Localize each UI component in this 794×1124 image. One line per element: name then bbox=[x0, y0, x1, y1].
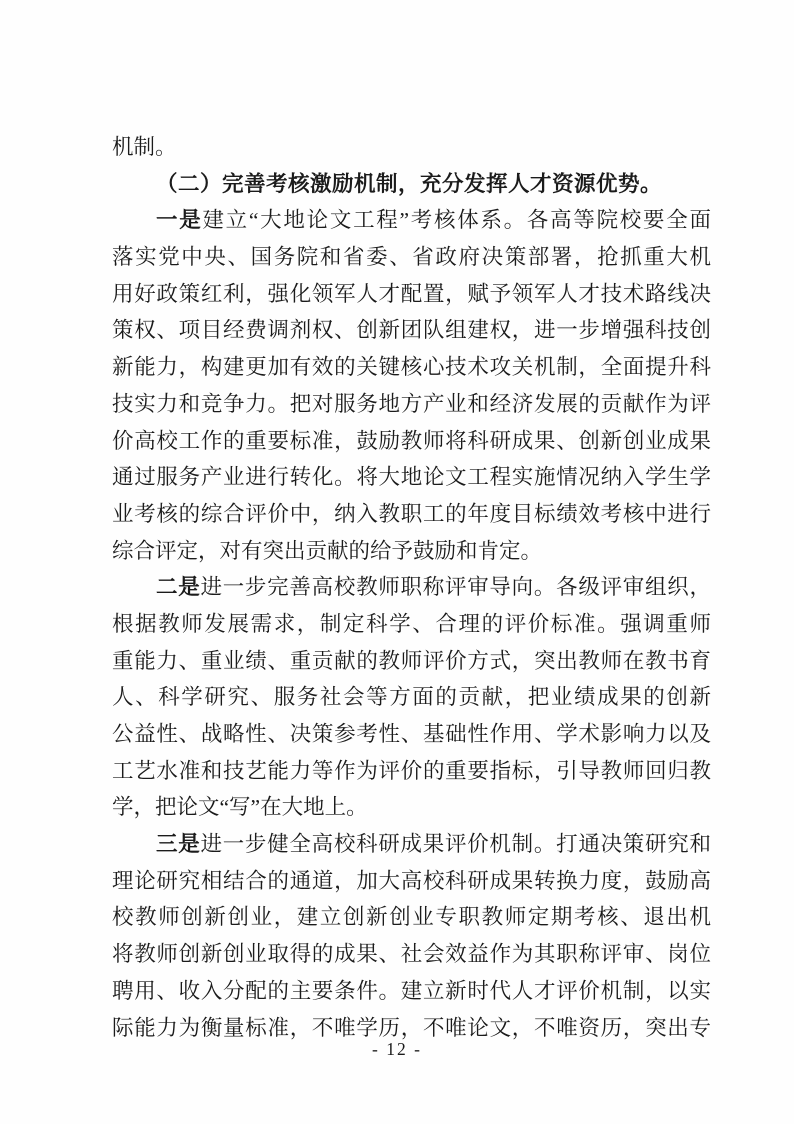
text-line: 通过服务产业进行转化。将大地论文工程实施情况纳入学生学 bbox=[112, 459, 711, 496]
line-text: 人、科学研究、服务社会等方面的贡献，把业绩成果的创新性、 bbox=[112, 685, 711, 716]
text-line: 理论研究相结合的通道，加大高校科研成果转换力度，鼓励高 bbox=[112, 863, 711, 900]
line-text: 校教师创新创业，建立创新创业专职教师定期考核、退出机制， bbox=[112, 905, 711, 936]
text-line: （二）完善考核激励机制，充分发挥人才资源优势。 bbox=[112, 166, 711, 203]
line-text: 用好政策红利，强化领军人才配置，赋予领军人才技术路线决 bbox=[112, 282, 711, 306]
line-text: 根据教师发展需求，制定科学、合理的评价标准。强调重师德、 bbox=[112, 612, 711, 643]
document-page: 机制。（二）完善考核激励机制，充分发挥人才资源优势。一是建立“大地论文工程”考核… bbox=[0, 0, 794, 1124]
line-text: 综合评定，对有突出贡献的给予鼓励和肯定。 bbox=[112, 539, 542, 563]
text-line: 将教师创新创业取得的成果、社会效益作为其职称评审、岗位 bbox=[112, 936, 711, 973]
text-line: 重能力、重业绩、重贡献的教师评价方式，突出教师在教书育 bbox=[112, 643, 711, 680]
line-text: 将教师创新创业取得的成果、社会效益作为其职称评审、岗位 bbox=[112, 942, 711, 966]
text-line: 人、科学研究、服务社会等方面的贡献，把业绩成果的创新性、 bbox=[112, 679, 711, 716]
text-line: 三是进一步健全高校科研成果评价机制。打通决策研究和 bbox=[112, 826, 711, 863]
line-text: 重能力、重业绩、重贡献的教师评价方式，突出教师在教书育 bbox=[112, 649, 711, 673]
line-text: （二）完善考核激励机制，充分发挥人才资源优势。 bbox=[156, 172, 662, 196]
page-footer: - 12 - bbox=[0, 1036, 794, 1062]
text-line: 聘用、收入分配的主要条件。建立新时代人才评价机制，以实 bbox=[112, 973, 711, 1010]
text-line: 机制。 bbox=[112, 129, 711, 166]
text-line: 二是进一步完善高校教师职称评审导向。各级评审组织， bbox=[112, 569, 711, 606]
text-line: 新能力，构建更加有效的关键核心技术攻关机制，全面提升科 bbox=[112, 349, 711, 386]
text-line: 综合评定，对有突出贡献的给予鼓励和肯定。 bbox=[112, 533, 711, 570]
text-line: 策权、项目经费调剂权、创新团队组建权，进一步增强科技创 bbox=[112, 312, 711, 349]
text-line: 工艺水准和技艺能力等作为评价的重要指标，引导教师回归教 bbox=[112, 753, 711, 790]
line-text: 落实党中央、国务院和省委、省政府决策部署，抢抓重大机遇， bbox=[112, 245, 711, 276]
line-text: 公益性、战略性、决策参考性、基础性作用、学术影响力以及 bbox=[112, 722, 711, 746]
text-line: 根据教师发展需求，制定科学、合理的评价标准。强调重师德、 bbox=[112, 606, 711, 643]
line-text: 业考核的综合评价中，纳入教职工的年度目标绩效考核中进行 bbox=[112, 502, 711, 526]
text-line: 技实力和竞争力。把对服务地方产业和经济发展的贡献作为评 bbox=[112, 386, 711, 423]
text-line: 业考核的综合评价中，纳入教职工的年度目标绩效考核中进行 bbox=[112, 496, 711, 533]
text-line: 公益性、战略性、决策参考性、基础性作用、学术影响力以及 bbox=[112, 716, 711, 753]
line-text: 策权、项目经费调剂权、创新团队组建权，进一步增强科技创 bbox=[112, 318, 711, 342]
text-line: 价高校工作的重要标准，鼓励教师将科研成果、创新创业成果 bbox=[112, 423, 711, 460]
line-text: 通过服务产业进行转化。将大地论文工程实施情况纳入学生学 bbox=[112, 465, 711, 489]
text-line: 用好政策红利，强化领军人才配置，赋予领军人才技术路线决 bbox=[112, 276, 711, 313]
line-text: 建立“大地论文工程”考核体系。各高等院校要全面 bbox=[202, 208, 711, 232]
paragraph-number-prefix: 三是 bbox=[156, 832, 200, 856]
paragraph-number-prefix: 一是 bbox=[156, 208, 202, 232]
document-body: 机制。（二）完善考核激励机制，充分发挥人才资源优势。一是建立“大地论文工程”考核… bbox=[112, 129, 711, 1046]
line-text: 技实力和竞争力。把对服务地方产业和经济发展的贡献作为评 bbox=[112, 392, 711, 416]
line-text: 机制。 bbox=[112, 135, 177, 159]
text-line: 一是建立“大地论文工程”考核体系。各高等院校要全面 bbox=[112, 202, 711, 239]
line-text: 聘用、收入分配的主要条件。建立新时代人才评价机制，以实 bbox=[112, 979, 711, 1003]
text-line: 校教师创新创业，建立创新创业专职教师定期考核、退出机制， bbox=[112, 899, 711, 936]
line-text: 进一步健全高校科研成果评价机制。打通决策研究和 bbox=[200, 832, 711, 856]
page-number: - 12 - bbox=[372, 1039, 422, 1059]
line-text: 新能力，构建更加有效的关键核心技术攻关机制，全面提升科 bbox=[112, 355, 711, 379]
line-text: 工艺水准和技艺能力等作为评价的重要指标，引导教师回归教 bbox=[112, 759, 711, 783]
text-line: 学，把论文“写”在大地上。 bbox=[112, 789, 711, 826]
line-text: 价高校工作的重要标准，鼓励教师将科研成果、创新创业成果 bbox=[112, 429, 711, 453]
paragraph-number-prefix: 二是 bbox=[156, 575, 200, 599]
line-text: 学，把论文“写”在大地上。 bbox=[112, 795, 368, 819]
text-line: 落实党中央、国务院和省委、省政府决策部署，抢抓重大机遇， bbox=[112, 239, 711, 276]
line-text: 进一步完善高校教师职称评审导向。各级评审组织， bbox=[200, 575, 711, 599]
line-text: 理论研究相结合的通道，加大高校科研成果转换力度，鼓励高 bbox=[112, 869, 711, 893]
